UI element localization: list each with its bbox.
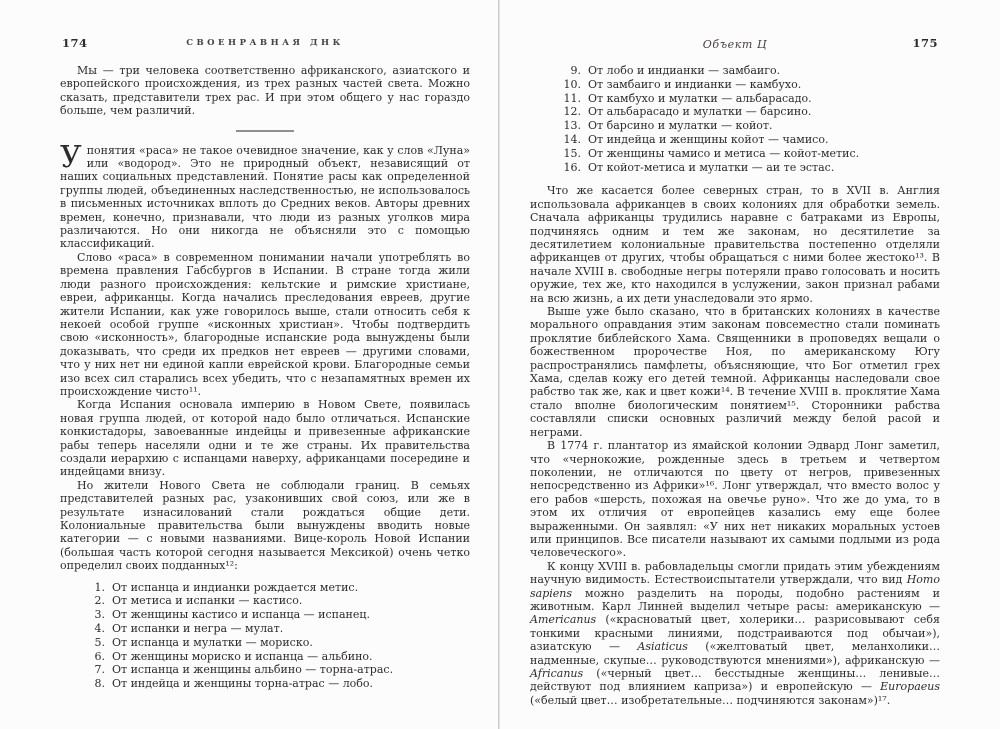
casta-list-item: 10.От замбаиго и индианки — камбухо. <box>560 78 940 92</box>
paragraph: Выше уже было сказано, что в британских … <box>530 305 940 439</box>
latin-term-italic: Americanus <box>530 613 596 626</box>
list-item-text: От метиса и испанки — кастисо. <box>112 594 470 608</box>
list-item-number: 6. <box>84 650 105 664</box>
list-item-number: 14. <box>560 133 581 147</box>
list-item-text: От альбарасадо и мулатки — барсино. <box>588 105 940 119</box>
paragraph: Но жители Нового Света не соблюдали гран… <box>60 479 470 573</box>
latin-term-italic: Africanus <box>530 667 583 680</box>
page-gutter-line <box>498 0 500 729</box>
list-item-text: От женщины мориско и испанца — альбино. <box>112 650 470 664</box>
list-item-text: От испанца и мулатки — мориско. <box>112 636 470 650</box>
casta-list-item: 3.От женщины кастисо и испанца — испанец… <box>84 608 470 622</box>
list-item-text: От камбухо и мулатки — альбарасадо. <box>588 92 940 106</box>
casta-list-left: 1.От испанца и индианки рождается метис.… <box>84 581 470 691</box>
casta-list-item: 1.От испанца и индианки рождается метис. <box>84 581 470 595</box>
casta-list-item: 5.От испанца и мулатки — мориско. <box>84 636 470 650</box>
list-item-text: От женщины кастисо и испанца — испанец. <box>112 608 470 622</box>
list-item-text: От койот-метиса и мулатки — аи те эстас. <box>588 161 940 175</box>
paragraph: Когда Испания основала империю в Новом С… <box>60 398 470 478</box>
latin-term-italic: Homo sapiens <box>530 573 940 599</box>
list-item-number: 4. <box>84 622 105 636</box>
running-title-left: СВОЕНРАВНАЯ ДНК <box>60 38 470 48</box>
casta-list-item: 7.От испанца и женщины альбино — торна-а… <box>84 663 470 677</box>
list-item-number: 5. <box>84 636 105 650</box>
list-item-number: 9. <box>560 64 581 78</box>
casta-list-item: 16.От койот-метиса и мулатки — аи те эст… <box>560 161 940 175</box>
latin-term-italic: Asiaticus <box>637 640 688 653</box>
paragraph-group-right: Что же касается более северных стран, то… <box>530 184 940 707</box>
drop-cap-letter: У <box>60 144 87 169</box>
list-item-number: 2. <box>84 594 105 608</box>
casta-list-item: 9.От лобо и индианки — замбаиго. <box>560 64 940 78</box>
list-item-number: 10. <box>560 78 581 92</box>
page-left: 174 СВОЕНРАВНАЯ ДНК Мы — три человека со… <box>60 36 470 691</box>
list-item-text: От индейца и женщины торна-атрас — лобо. <box>112 677 470 691</box>
list-item-text: От замбаиго и индианки — камбухо. <box>588 78 940 92</box>
section-divider <box>236 130 294 132</box>
intro-paragraph: Мы — три человека соответственно африкан… <box>60 64 470 118</box>
list-item-text: От индейца и женщины койот — чамисо. <box>588 133 940 147</box>
page-number-right: 175 <box>912 36 938 50</box>
list-item-number: 8. <box>84 677 105 691</box>
casta-list-item: 12.От альбарасадо и мулатки — барсино. <box>560 105 940 119</box>
list-item-text: От испанки и негра — мулат. <box>112 622 470 636</box>
list-item-text: От лобо и индианки — замбаиго. <box>588 64 940 78</box>
running-title-right: Объект Ц <box>530 38 940 51</box>
list-item-number: 13. <box>560 119 581 133</box>
drop-cap-paragraph: Упонятия «раса» не такое очевидное значе… <box>60 144 470 251</box>
paragraph-group-left: Слово «раса» в современном понимании нач… <box>60 251 470 573</box>
casta-list-item: 15.От женщины чамисо и метиса — койот-ме… <box>560 147 940 161</box>
list-item-text: От женщины чамисо и метиса — койот-метис… <box>588 147 940 161</box>
casta-list-item: 13.От барсино и мулатки — койот. <box>560 119 940 133</box>
casta-list-item: 8.От индейца и женщины торна-атрас — лоб… <box>84 677 470 691</box>
list-item-number: 11. <box>560 92 581 106</box>
list-item-number: 12. <box>560 105 581 119</box>
list-item-number: 3. <box>84 608 105 622</box>
list-item-number: 16. <box>560 161 581 175</box>
casta-list-right: 9.От лобо и индианки — замбаиго.10.От за… <box>560 64 940 174</box>
page-header-left: 174 СВОЕНРАВНАЯ ДНК <box>60 36 470 51</box>
paragraph: К концу XVIII в. рабовладельцы смогли пр… <box>530 560 940 707</box>
paragraph: В 1774 г. плантатор из ямайской колонии … <box>530 439 940 560</box>
list-item-number: 15. <box>560 147 581 161</box>
drop-cap-paragraph-text: понятия «раса» не такое очевидное значен… <box>60 144 470 251</box>
list-item-number: 1. <box>84 581 105 595</box>
list-item-text: От барсино и мулатки — койот. <box>588 119 940 133</box>
paragraph: Слово «раса» в современном понимании нач… <box>60 251 470 398</box>
page-header-right: Объект Ц 175 <box>530 36 940 51</box>
paragraph: Что же касается более северных стран, то… <box>530 184 940 305</box>
casta-list-item: 14.От индейца и женщины койот — чамисо. <box>560 133 940 147</box>
page-right: Объект Ц 175 9.От лобо и индианки — замб… <box>530 36 940 707</box>
list-item-text: От испанца и женщины альбино — торна-атр… <box>112 663 470 677</box>
casta-list-item: 4.От испанки и негра — мулат. <box>84 622 470 636</box>
latin-term-italic: Europaeus <box>880 680 940 693</box>
book-spread: 174 СВОЕНРАВНАЯ ДНК Мы — три человека со… <box>0 0 1000 729</box>
casta-list-item: 11.От камбухо и мулатки — альбарасадо. <box>560 92 940 106</box>
list-item-number: 7. <box>84 663 105 677</box>
list-item-text: От испанца и индианки рождается метис. <box>112 581 470 595</box>
casta-list-item: 6.От женщины мориско и испанца — альбино… <box>84 650 470 664</box>
casta-list-item: 2.От метиса и испанки — кастисо. <box>84 594 470 608</box>
